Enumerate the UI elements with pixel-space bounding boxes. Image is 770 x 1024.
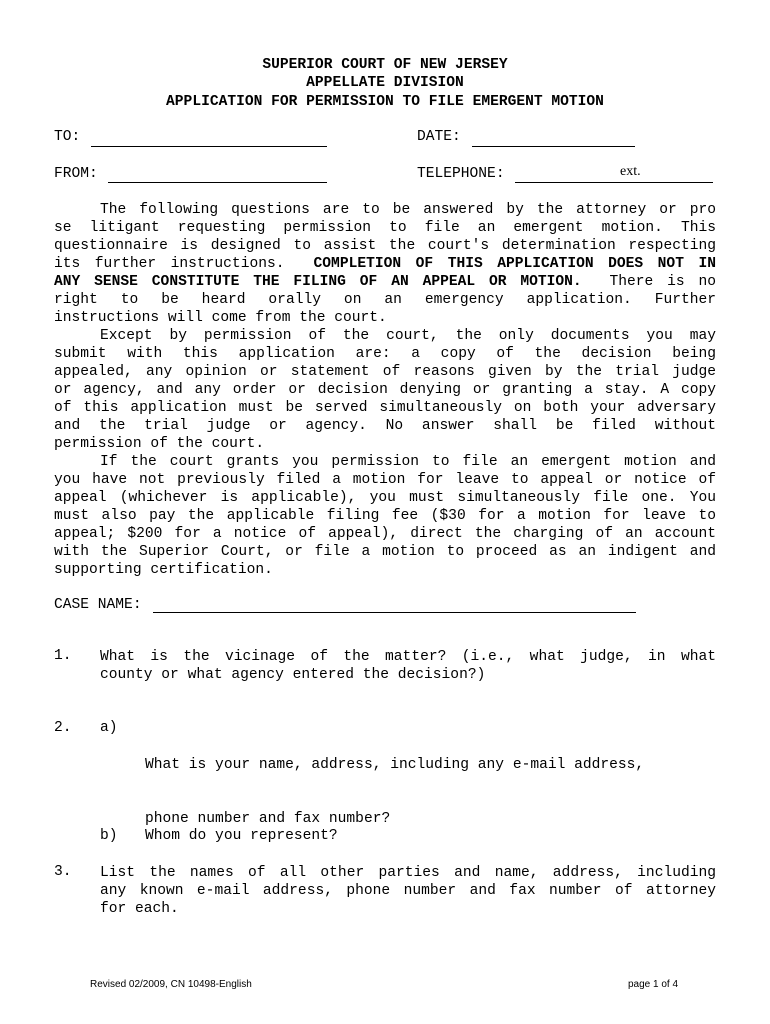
text-line: se litigant requesting permission to fil… <box>54 219 716 237</box>
text-line: appealed, any opinion or statement of re… <box>54 363 716 381</box>
text-line: questionnaire is designed to assist the … <box>54 237 716 255</box>
text-line: appeal; $200 for a notice of appeal), di… <box>54 525 716 543</box>
date-field[interactable] <box>472 146 635 147</box>
text-line: appeal (whichever is applicable), you mu… <box>54 489 716 507</box>
text-line: supporting certification. <box>54 561 716 579</box>
instructions-paragraph-2: Except by permission of the court, the o… <box>54 327 716 453</box>
text-line: any known e-mail address, phone number a… <box>100 882 716 900</box>
text-line: permission of the court. <box>54 435 716 453</box>
text-line: with the Superior Court, or file a motio… <box>54 543 716 561</box>
revision-note: Revised 02/2009, CN 10498-English <box>90 979 252 990</box>
question-2a-letter: a) <box>100 720 118 736</box>
text-line: What is the vicinage of the matter? (i.e… <box>100 648 716 666</box>
instructions-paragraph-3: If the court grants you permission to fi… <box>54 453 716 579</box>
from-label: FROM: <box>54 166 98 182</box>
division-heading: APPELLATE DIVISION <box>0 75 770 91</box>
text-line: right to be heard orally on an emergency… <box>54 291 716 309</box>
question-3-number: 3. <box>54 864 72 880</box>
question-3: List the names of all other parties and … <box>100 864 716 918</box>
court-name-heading: SUPERIOR COURT OF NEW JERSEY <box>0 57 770 73</box>
text-line: If the court grants you permission to fi… <box>54 453 716 471</box>
text-line: What is your name, address, including an… <box>145 756 705 774</box>
text-line: its further instructions. COMPLETION OF … <box>54 255 716 273</box>
question-2-number: 2. <box>54 720 72 736</box>
text-line: must also pay the applicable filing fee … <box>54 507 716 525</box>
to-label: TO: <box>54 129 80 145</box>
text-line: phone number and fax number? <box>145 810 705 828</box>
question-1-number: 1. <box>54 648 72 664</box>
text-line: List the names of all other parties and … <box>100 864 716 882</box>
case-name-label: CASE NAME: <box>54 597 142 613</box>
completion-warning: COMPLETION OF THIS APPLICATION DOES NOT … <box>314 256 716 272</box>
completion-warning-cont: ANY SENSE CONSTITUTE THE FILING OF AN AP… <box>54 274 582 290</box>
text-line: The following questions are to be answer… <box>54 201 716 219</box>
text-line: submit with this application are: a copy… <box>54 345 716 363</box>
text-line: county or what agency entered the decisi… <box>100 666 716 684</box>
text-line: Except by permission of the court, the o… <box>54 327 716 345</box>
text-line: ANY SENSE CONSTITUTE THE FILING OF AN AP… <box>54 273 716 291</box>
ext-label: ext. <box>620 164 641 180</box>
form-title: APPLICATION FOR PERMISSION TO FILE EMERG… <box>0 94 770 110</box>
instructions-paragraph-1: The following questions are to be answer… <box>54 201 716 327</box>
text-line: you have not previously filed a motion f… <box>54 471 716 489</box>
question-2b: Whom do you represent? <box>145 828 338 844</box>
from-field[interactable] <box>108 182 327 183</box>
telephone-field[interactable] <box>515 182 713 183</box>
date-label: DATE: <box>417 129 461 145</box>
page-number: page 1 of 4 <box>628 979 678 990</box>
text-line: and the trial judge or agency. No answer… <box>54 417 716 435</box>
case-name-field[interactable] <box>153 612 636 613</box>
text-line: instructions will come from the court. <box>54 309 716 327</box>
text-line: for each. <box>100 900 716 918</box>
question-1: What is the vicinage of the matter? (i.e… <box>100 648 716 684</box>
telephone-label: TELEPHONE: <box>417 166 505 182</box>
text-segment: There is no <box>609 274 716 290</box>
to-field[interactable] <box>91 146 327 147</box>
text-line: or agency, and any order or decision den… <box>54 381 716 399</box>
text-line: of this application must be served simul… <box>54 399 716 417</box>
question-2b-letter: b) <box>100 828 118 844</box>
text-segment: its further instructions. <box>54 256 284 272</box>
document-page: SUPERIOR COURT OF NEW JERSEY APPELLATE D… <box>0 0 770 1024</box>
